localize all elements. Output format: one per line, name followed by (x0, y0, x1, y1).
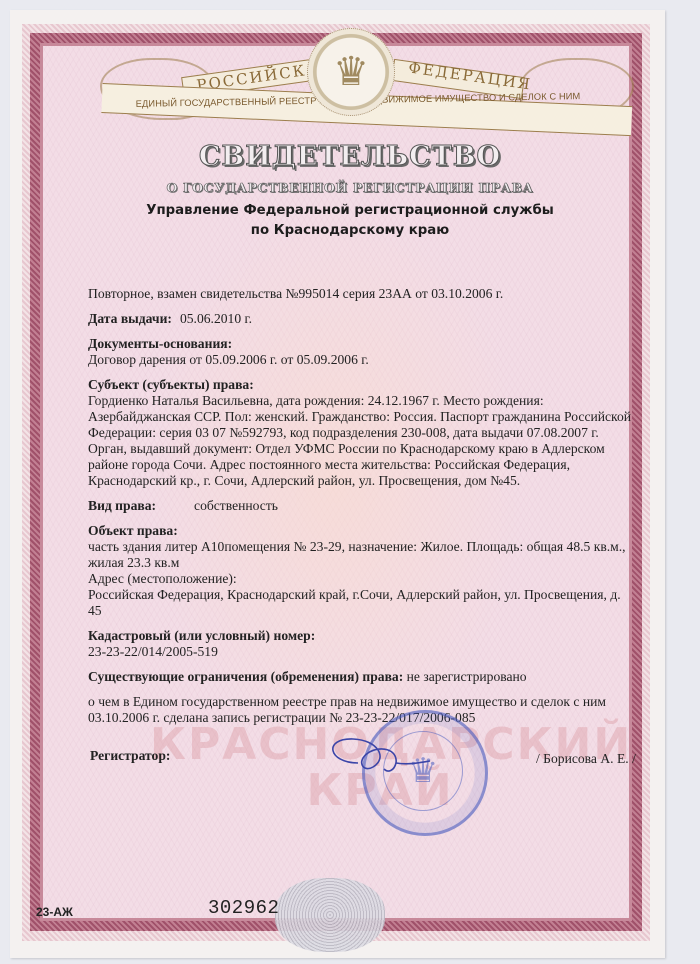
rights-object-description: часть здания литер А10помещения № 23-29,… (88, 539, 636, 571)
basis-documents-value: Договор дарения от 05.09.2006 г. от 05.0… (88, 352, 636, 368)
registrar-label: Регистратор: (90, 748, 170, 764)
form-series: 23-АЖ (36, 905, 73, 919)
issue-date-value: 05.06.2010 г. (180, 311, 252, 326)
rights-subject-value: Гордиенко Наталья Васильевна, дата рожде… (88, 393, 636, 489)
rights-subject-label: Субъект (субъекты) права: (88, 377, 636, 393)
right-type: Вид права:собственность (88, 498, 636, 514)
certificate-body: Повторное, взамен свидетельства №995014 … (88, 286, 636, 735)
object-address: Российская Федерация, Краснодарский край… (88, 587, 636, 619)
form-number: 302962 (208, 897, 279, 919)
right-type-value: собственность (194, 498, 278, 513)
cadastral-number-value: 23-23-22/014/2005-519 (88, 644, 636, 660)
basis-documents-label: Документы-основания: (88, 336, 636, 352)
rights-object-label: Объект права: (88, 523, 636, 539)
double-headed-eagle-icon: ♛ (333, 52, 369, 92)
issuing-agency: Управление Федеральной регистрационной с… (0, 201, 700, 241)
registrar-name: / Борисова А. Е. / (536, 751, 636, 767)
coat-of-arms-emblem: ♛ (307, 28, 395, 116)
certificate-subtitle: О ГОСУДАРСТВЕННОЙ РЕГИСТРАЦИИ ПРАВА (0, 180, 700, 195)
certificate-title: СВИДЕТЕЛЬСТВО (0, 141, 700, 172)
reissue-note: Повторное, взамен свидетельства №995014 … (88, 286, 636, 302)
issue-date-label: Дата выдачи: (88, 311, 172, 326)
security-rosette-icon (275, 878, 385, 952)
object-address-label: Адрес (местоположение): (88, 571, 636, 587)
right-type-label: Вид права: (88, 498, 156, 513)
restrictions-label: Существующие ограничения (обременения) п… (88, 669, 403, 684)
restrictions-value: не зарегистрировано (407, 669, 527, 684)
basis-documents: Документы-основания: Договор дарения от … (88, 336, 636, 368)
agency-line-1: Управление Федеральной регистрационной с… (0, 201, 700, 221)
rights-subject: Субъект (субъекты) права: Гордиенко Ната… (88, 377, 636, 489)
registry-record: о чем в Едином государственном реестре п… (88, 694, 636, 726)
agency-line-2: по Краснодарскому краю (0, 221, 700, 241)
issue-date: Дата выдачи:05.06.2010 г. (88, 311, 636, 327)
cadastral-number: Кадастровый (или условный) номер: 23-23-… (88, 628, 636, 660)
cadastral-number-label: Кадастровый (или условный) номер: (88, 628, 636, 644)
signature-icon (318, 733, 448, 779)
restrictions: Существующие ограничения (обременения) п… (88, 669, 636, 685)
rights-object: Объект права: часть здания литер А10поме… (88, 523, 636, 619)
